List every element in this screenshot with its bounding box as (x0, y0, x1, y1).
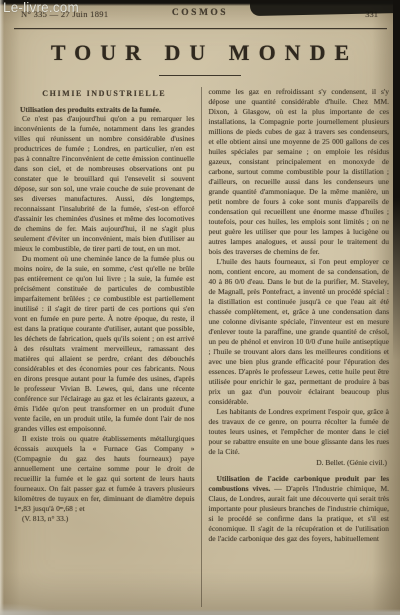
scan-edge-left (0, 0, 4, 615)
reference-note: (V. 813, n° 33.) (14, 514, 195, 524)
scanned-journal-page: Le-livre.com N° 335 — 27 Juin 1891 COSMO… (0, 0, 400, 615)
paragraph: Les habitants de Londres expriment l'esp… (209, 407, 390, 457)
section-heading: CHIMIE INDUSTRIELLE (14, 89, 195, 98)
journal-name: COSMOS (172, 8, 228, 18)
paragraph: comme les gaz en refroidissant s'y conde… (209, 87, 390, 257)
article-heading: Utilisation des produits extraits de la … (14, 105, 195, 114)
paragraph: L'huile des hauts fourneaux, si l'on peu… (209, 257, 390, 407)
scan-corner-bottom-left (0, 603, 70, 615)
second-article: Utilisation de l'acide carbonique produi… (209, 474, 390, 544)
paragraph: Du moment où une cheminée lance de la fu… (14, 254, 195, 434)
left-column: CHIMIE INDUSTRIELLE Utilisation des prod… (14, 87, 201, 607)
paragraph: Ce n'est pas d'aujourd'hui qu'on a pu re… (14, 114, 195, 254)
scan-edge-right (393, 0, 400, 360)
page-title: TOUR DU MONDE (0, 40, 400, 66)
watermark-le-livre: Le-livre.com (3, 0, 79, 15)
header-rule (14, 28, 387, 29)
paragraph: Il existe trois ou quatre établissements… (14, 434, 195, 514)
title-rule (159, 75, 241, 76)
right-column: comme les gaz en refroidissant s'y conde… (201, 87, 390, 607)
author-signature: D. Bellet. (Génie civil.) (209, 458, 388, 468)
text-columns: CHIMIE INDUSTRIELLE Utilisation des prod… (14, 87, 389, 607)
